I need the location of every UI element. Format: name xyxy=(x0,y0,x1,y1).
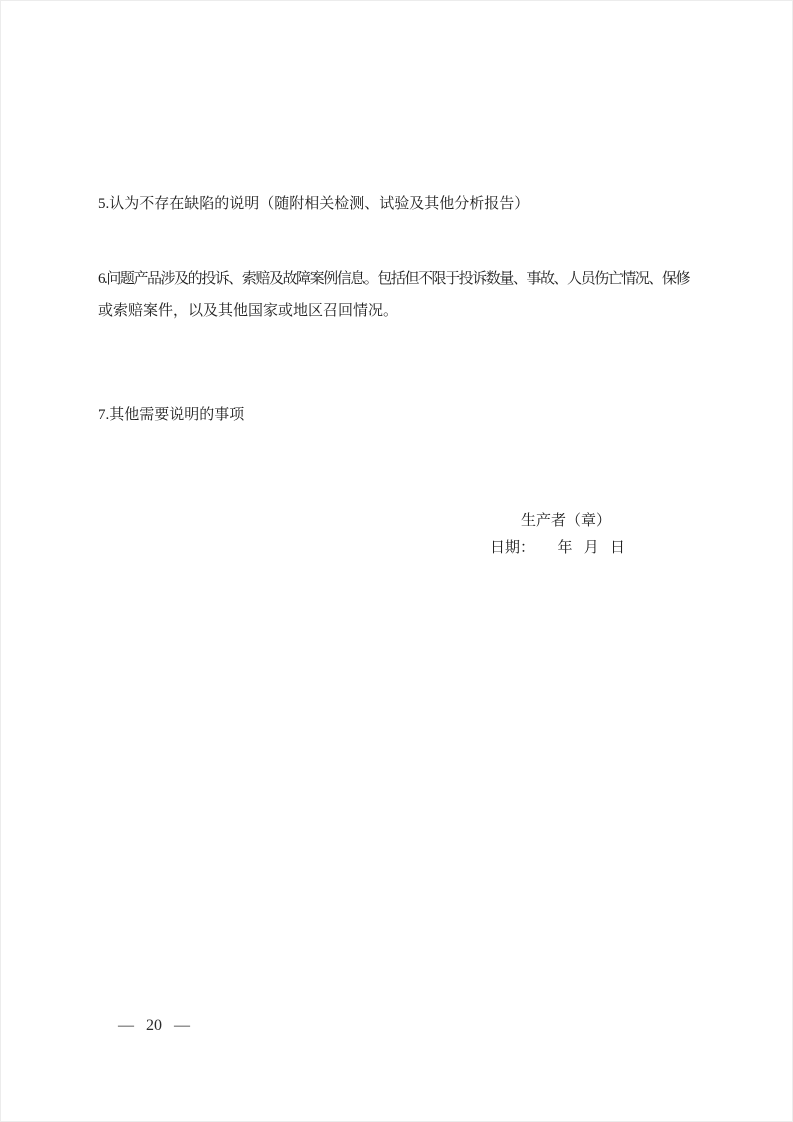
signature-date-line: 日期： 年 月 日 xyxy=(490,537,625,559)
producer-seal-label: 生产者（章） xyxy=(521,510,611,532)
document-page: 5.认为不存在缺陷的说明（随附相关检测、试验及其他分析报告） 6.问题产品涉及的… xyxy=(0,0,793,1122)
clause-6-complaint-claim-info: 6.问题产品涉及的投诉、索赔及故障案例信息。包括但不限于投诉数量、事故、人员伤亡… xyxy=(98,263,698,327)
clause-6-line-1: 6.问题产品涉及的投诉、索赔及故障案例信息。包括但不限于投诉数量、事故、人员伤亡… xyxy=(98,263,698,295)
clause-6-line-2: 或索赔案件，以及其他国家或地区召回情况。 xyxy=(98,295,698,327)
clause-7-other-matters: 7.其他需要说明的事项 xyxy=(98,399,498,431)
clause-5-no-defect-statement: 5.认为不存在缺陷的说明（随附相关检测、试验及其他分析报告） xyxy=(98,188,738,220)
page-number: — 20 — xyxy=(118,1015,190,1037)
